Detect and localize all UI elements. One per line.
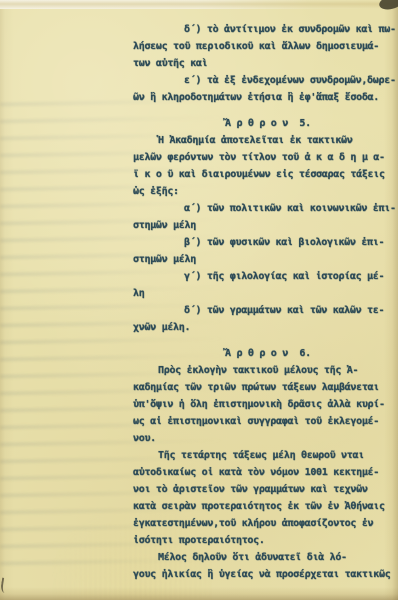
text-line: ῶν ἢ κληροδοτημάτων ἐτήσια ἢ ἐφ'ἅπαξ ἔσο… (133, 89, 395, 106)
scan-top-edge (0, 0, 398, 9)
text-line: β΄) τῶν φυσικῶν καὶ βιολογικῶν ἐπι- (133, 234, 395, 251)
text-line: Πρὸς ἐκλογὴν τακτικοῦ μέλους τῆς Ἀ- (133, 362, 395, 379)
text-line: ὑπ'ὄψιν ἡ ὅλη ἐπιστημονικὴ δρᾶσις ἀλλὰ κ… (133, 396, 395, 413)
text-line: ἰσότητι προτεραιότητος. (133, 532, 395, 549)
text-line: λήσεως τοῦ περιοδικοῦ καὶ ἄλλων δημοσιευ… (133, 38, 395, 55)
text-line: ἐγκατεστημένων,τοῦ κλήρου ἀποφασίζοντος … (133, 515, 395, 532)
text-line: ϊ κ ο ῦ καὶ διαιρουμένων εἰς τέσσαρας τά… (133, 166, 395, 183)
text-line: δ΄) τῶν γραμμάτων καὶ τῶν καλῶν τε- (133, 302, 395, 319)
bottom-left-ink-mark (0, 577, 10, 593)
text-line: λη (133, 285, 395, 302)
article-heading: Ἄ ρ θ ρ ο ν 5. (133, 115, 395, 132)
text-line: μελῶν φερόντων τὸν τίτλον τοῦ ἀ κ α δ η … (133, 149, 395, 166)
text-line: στημῶν μέλη (133, 251, 395, 268)
text-line: ε΄) τὰ ἐξ ἐνδεχομένων συνδρομῶν,δωρε- (133, 72, 395, 89)
text-line: στημῶν μέλη (133, 217, 395, 234)
text-line: γους ἡλικίας ἢ ὑγείας νὰ προσέρχεται τακ… (133, 566, 395, 583)
text-line: αὐτοδικαίως οἱ κατὰ τὸν νόμον 1001 κεκτη… (133, 464, 395, 481)
text-line: γ΄) τῆς φιλολογίας καὶ ἱστορίας μέ- (133, 268, 395, 285)
text-line: ως αἱ ἐπιστημονικαὶ συγγραφαὶ τοῦ ἐκλεγο… (133, 413, 395, 430)
text-line: χνῶν μέλη. (133, 319, 395, 336)
text-line: δ΄) τὸ ἀντίτιμον ἐκ συνδρομῶν καὶ πω- (133, 21, 395, 38)
text-line: Τῆς τετάρτης τάξεως μέλη θεωροῦ νται (133, 447, 395, 464)
text-line: των αὐτῆς καὶ (133, 55, 395, 72)
text-line: νοι τὸ ἀριστεῖον τῶν γραμμάτων καὶ τεχνῶ… (133, 481, 395, 498)
text-block: δ΄) τὸ ἀντίτιμον ἐκ συνδρομῶν καὶ πω-λήσ… (133, 21, 395, 583)
top-right-ink-blot (378, 0, 398, 12)
text-line: Ἡ Ἀκαδημία ἀποτελεῖται ἐκ τακτικῶν (133, 132, 395, 149)
article-heading: Ἄ ρ θ ρ ο ν 6. (133, 345, 395, 362)
text-line: νου. (133, 430, 395, 447)
text-line: α΄) τῶν πολιτικῶν καὶ κοινωνικῶν ἐπι- (133, 200, 395, 217)
text-line: καδημίας τῶν τριῶν πρώτων τάξεων λαμβάνε… (133, 379, 395, 396)
text-line: ὡς ἑξῆς: (133, 183, 395, 200)
scanned-page: δ΄) τὸ ἀντίτιμον ἐκ συνδρομῶν καὶ πω-λήσ… (0, 0, 398, 600)
text-line: Μέλος δηλοῦν ὅτι ἀδυνατεῖ διὰ λό- (133, 549, 395, 566)
text-line: κατὰ σειρὰν προτεραιότητος ἐκ τῶν ἐν Ἀθή… (133, 498, 395, 515)
